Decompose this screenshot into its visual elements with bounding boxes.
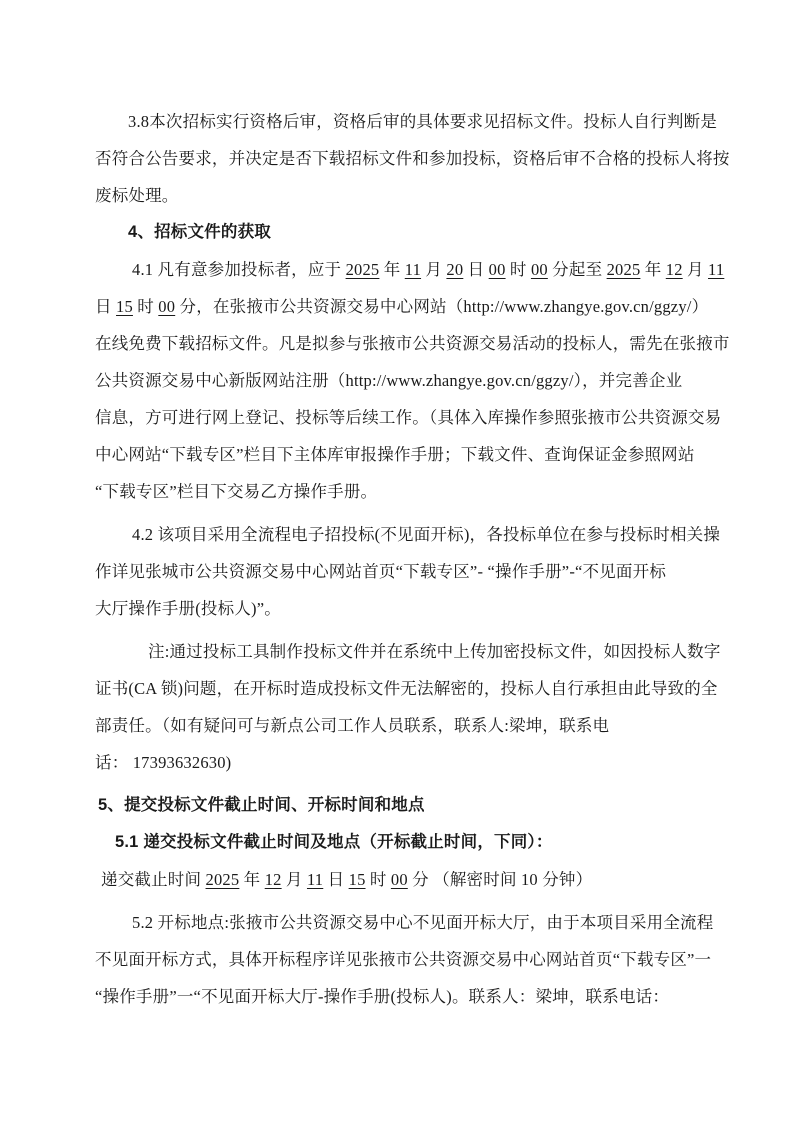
text-line: 5.2 开标地点:张掖市公共资源交易中心不见面开标大厅，由于本项目采用全流程 [95, 904, 727, 941]
text-run: 在线免费下载招标文件。凡是拟参与张掖市公共资源交易活动的投标人，需先在张掖市 [95, 334, 730, 353]
text-run: 5.1 递交投标文件截止时间及地点（开标截止时间，下同）： [115, 833, 553, 851]
text-run: “操作手册”一“不见面开标大厅-操作手册(投标人)。联系人：梁坤，联系电话： [95, 987, 669, 1006]
text-run: 日 [323, 870, 348, 889]
document-body: 3.8本次招标实行资格后审，资格后审的具体要求见招标文件。投标人自行判断是否符合… [95, 103, 727, 1015]
text-run: 5.2 开标地点:张掖市公共资源交易中心不见面开标大厅，由于本项目采用全流程 [132, 913, 713, 932]
text-run: 注:通过投标工具制作投标文件并在系统中上传加密投标文件，如因投标人数字 [148, 642, 721, 661]
underlined-value: 20 [446, 260, 463, 279]
underlined-value: 15 [349, 870, 366, 889]
underlined-value: 00 [158, 297, 175, 316]
text-run: 信息，方可进行网上登记、投标等后续工作。（具体入库操作参照张掖市公共资源交易 [95, 408, 721, 427]
text-run: 年 [239, 870, 264, 889]
text-line: 4.1 凡有意参加投标者，应于 2025 年 11 月 20 日 00 时 00… [95, 251, 727, 288]
text-line: 作详见张城市公共资源交易中心网站首页“下载专区”- “操作手册”-“不见面开标 [95, 553, 727, 590]
text-run: 话： 17393632630) [95, 753, 231, 772]
text-run: 废标处理。 [95, 186, 179, 205]
underlined-value: 00 [489, 260, 506, 279]
text-run: 否符合公告要求，并决定是否下载招标文件和参加投标，资格后审不合格的投标人将按 [95, 149, 730, 168]
underlined-value: 15 [116, 297, 133, 316]
text-run: 部责任。（如有疑问可与新点公司工作人员联系，联系人:梁坤，联系电 [95, 716, 609, 735]
underlined-value: 00 [531, 260, 548, 279]
text-line: 4.2 该项目采用全流程电子招投标(不见面开标)，各投标单位在参与投标时相关操 [95, 516, 727, 553]
underlined-value: 2025 [346, 260, 380, 279]
text-run: 分起至 [548, 260, 607, 279]
text-line: 3.8本次招标实行资格后审，资格后审的具体要求见招标文件。投标人自行判断是 [95, 103, 727, 140]
heading-line: 4、招标文件的获取 [95, 214, 727, 251]
text-line: “操作手册”一“不见面开标大厅-操作手册(投标人)。联系人：梁坤，联系电话： [95, 978, 727, 1015]
text-line: 公共资源交易中心新版网站注册（http://www.zhangye.gov.cn… [95, 362, 727, 399]
text-run: 中心网站“下载专区”栏目下主体库审报操作手册；下载文件、查询保证金参照网站 [95, 445, 695, 464]
text-line: 中心网站“下载专区”栏目下主体库审报操作手册；下载文件、查询保证金参照网站 [95, 436, 727, 473]
text-run: 时 [366, 870, 391, 889]
underlined-value: 12 [666, 260, 683, 279]
text-line: 话： 17393632630) [95, 744, 727, 781]
text-run: 公共资源交易中心新版网站注册（http://www.zhangye.gov.cn… [95, 371, 682, 390]
text-run: 分 （解密时间 10 分钟） [408, 870, 593, 889]
text-line: 部责任。（如有疑问可与新点公司工作人员联系，联系人:梁坤，联系电 [95, 707, 727, 744]
text-line: 日 15 时 00 分，在张掖市公共资源交易中心网站（http://www.zh… [95, 288, 727, 325]
text-run: 5、提交投标文件截止时间、开标时间和地点 [98, 796, 425, 814]
underlined-value: 12 [265, 870, 282, 889]
text-line: 注:通过投标工具制作投标文件并在系统中上传加密投标文件，如因投标人数字 [95, 633, 727, 670]
text-run: 月 [421, 260, 446, 279]
underlined-value: 2025 [206, 870, 240, 889]
text-line: 废标处理。 [95, 177, 727, 214]
text-run: 4.2 该项目采用全流程电子招投标(不见面开标)，各投标单位在参与投标时相关操 [132, 525, 720, 544]
text-run: 日 [95, 297, 116, 316]
text-run: 作详见张城市公共资源交易中心网站首页“下载专区”- “操作手册”-“不见面开标 [95, 562, 666, 581]
text-line: 否符合公告要求，并决定是否下载招标文件和参加投标，资格后审不合格的投标人将按 [95, 140, 727, 177]
heading-line: 5.1 递交投标文件截止时间及地点（开标截止时间，下同）： [95, 824, 727, 861]
text-run: 不见面开标方式，具体开标程序详见张掖市公共资源交易中心网站首页“下载专区”一 [95, 950, 711, 969]
text-line: 信息，方可进行网上登记、投标等后续工作。（具体入库操作参照张掖市公共资源交易 [95, 399, 727, 436]
text-line: 在线免费下载招标文件。凡是拟参与张掖市公共资源交易活动的投标人，需先在张掖市 [95, 325, 727, 362]
text-line: 递交截止时间 2025 年 12 月 11 日 15 时 00 分 （解密时间 … [95, 861, 727, 898]
text-run: 大厅操作手册(投标人)”。 [95, 599, 281, 618]
text-line: 证书(CA 锁)问题，在开标时造成投标文件无法解密的，投标人自行承担由此导致的全 [95, 670, 727, 707]
text-run: 时 [506, 260, 531, 279]
text-run: 分，在张掖市公共资源交易中心网站（http://www.zhangye.gov.… [175, 297, 708, 316]
text-run: 递交截止时间 [101, 870, 206, 889]
text-run: 4.1 凡有意参加投标者，应于 [132, 260, 346, 279]
document-page: 3.8本次招标实行资格后审，资格后审的具体要求见招标文件。投标人自行判断是否符合… [0, 0, 793, 1122]
underlined-value: 2025 [607, 260, 641, 279]
text-line: 大厅操作手册(投标人)”。 [95, 590, 727, 627]
underlined-value: 11 [708, 260, 724, 279]
heading-line: 5、提交投标文件截止时间、开标时间和地点 [95, 787, 727, 824]
text-line: “下载专区”栏目下交易乙方操作手册。 [95, 473, 727, 510]
text-line: 不见面开标方式，具体开标程序详见张掖市公共资源交易中心网站首页“下载专区”一 [95, 941, 727, 978]
text-run: “下载专区”栏目下交易乙方操作手册。 [95, 482, 377, 501]
text-run: 月 [282, 870, 307, 889]
underlined-value: 11 [307, 870, 323, 889]
text-run: 日 [463, 260, 488, 279]
text-run: 3.8本次招标实行资格后审，资格后审的具体要求见招标文件。投标人自行判断是 [128, 112, 717, 131]
text-run: 证书(CA 锁)问题，在开标时造成投标文件无法解密的，投标人自行承担由此导致的全 [95, 679, 718, 698]
underlined-value: 11 [405, 260, 421, 279]
underlined-value: 00 [391, 870, 408, 889]
text-run: 年 [379, 260, 404, 279]
text-run: 4、招标文件的获取 [128, 223, 271, 241]
text-run: 月 [683, 260, 708, 279]
text-run: 年 [640, 260, 665, 279]
text-run: 时 [133, 297, 158, 316]
